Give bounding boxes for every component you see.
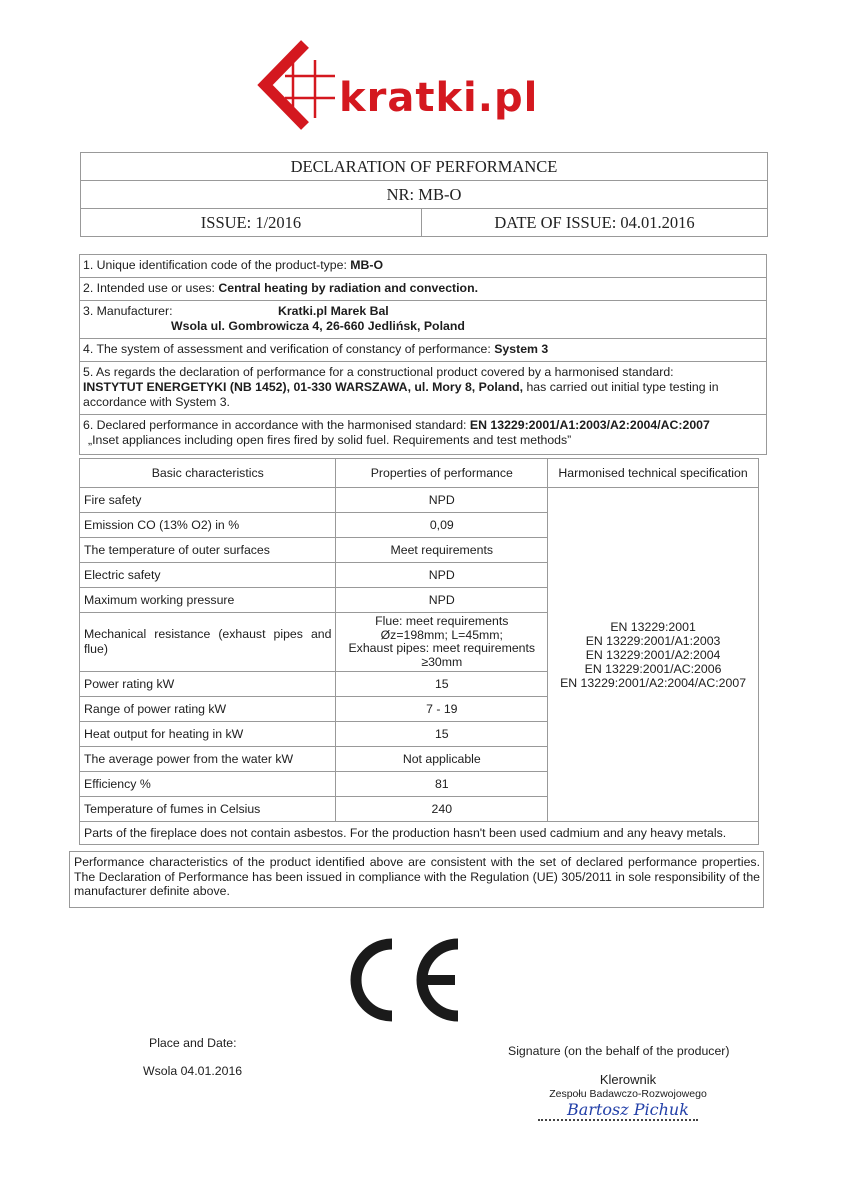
product-code: MB-O	[350, 258, 383, 272]
ce-mark-icon	[340, 938, 470, 1022]
signer-department: Zespołu Badawczo-Rozwojowego	[508, 1088, 748, 1100]
place-date-value: Wsola 04.01.2016	[143, 1064, 242, 1078]
section-4: 4. The system of assessment and verifica…	[80, 339, 766, 362]
brand-name: kratki.pl	[339, 78, 538, 118]
section-1: 1. Unique identification code of the pro…	[80, 255, 766, 278]
table-header-row: Basic characteristics Properties of perf…	[80, 459, 759, 488]
place-date-label: Place and Date:	[149, 1036, 237, 1050]
signer-title: Klerownik	[508, 1072, 748, 1087]
table-row: Fire safety NPD EN 13229:2001 EN 13229:2…	[80, 488, 759, 513]
assessment-system: System 3	[494, 342, 548, 356]
performance-table: Basic characteristics Properties of perf…	[79, 458, 759, 845]
manufacturer-name: Kratki.pl Marek Bal	[83, 304, 762, 319]
signature-label: Signature (on the behalf of the producer…	[508, 1044, 748, 1058]
document-number: NR: MB-O	[81, 181, 767, 209]
signature-line	[538, 1119, 698, 1121]
declaration-sections: 1. Unique identification code of the pro…	[79, 254, 767, 455]
standard-subtitle: „Inset appliances including open fires f…	[83, 433, 571, 447]
section-6: 6. Declared performance in accordance wi…	[80, 415, 766, 455]
asbestos-note: Parts of the fireplace does not contain …	[80, 822, 759, 845]
kratki-logo: kratki.pl	[255, 38, 600, 133]
manufacturer-label: 3. Manufacturer:	[83, 304, 173, 319]
harmonised-specification-cell: EN 13229:2001 EN 13229:2001/A1:2003 EN 1…	[548, 488, 759, 822]
document-title: DECLARATION OF PERFORMANCE	[81, 153, 767, 181]
column-header: Basic characteristics	[80, 459, 336, 488]
handwritten-signature: Bartosz Pichuk	[508, 1100, 748, 1119]
grate-chevron-logo-icon	[255, 38, 339, 133]
section-5: 5. As regards the declaration of perform…	[80, 362, 766, 415]
final-statement: Performance characteristics of the produ…	[69, 851, 764, 908]
section-2: 2. Intended use or uses: Central heating…	[80, 278, 766, 301]
declaration-header: DECLARATION OF PERFORMANCE NR: MB-O ISSU…	[80, 152, 768, 237]
issue-row: ISSUE: 1/2016 DATE OF ISSUE: 04.01.2016	[81, 209, 767, 237]
issue-number: ISSUE: 1/2016	[81, 209, 422, 236]
notified-body: INSTYTUT ENERGETYKI (NB 1452), 01-330 WA…	[83, 380, 523, 394]
signature-block: Signature (on the behalf of the producer…	[508, 1044, 748, 1121]
table-note-row: Parts of the fireplace does not contain …	[80, 822, 759, 845]
section-3: 3. Manufacturer: Kratki.pl Marek Bal Wso…	[80, 301, 766, 339]
column-header: Properties of performance	[336, 459, 548, 488]
harmonised-standard: EN 13229:2001/A1:2003/A2:2004/AC:2007	[470, 418, 710, 432]
manufacturer-address: Wsola ul. Gombrowicza 4, 26-660 Jedlińsk…	[83, 319, 762, 334]
intended-use: Central heating by radiation and convect…	[218, 281, 478, 295]
date-of-issue: DATE OF ISSUE: 04.01.2016	[422, 209, 767, 236]
column-header: Harmonised technical specification	[548, 459, 759, 488]
